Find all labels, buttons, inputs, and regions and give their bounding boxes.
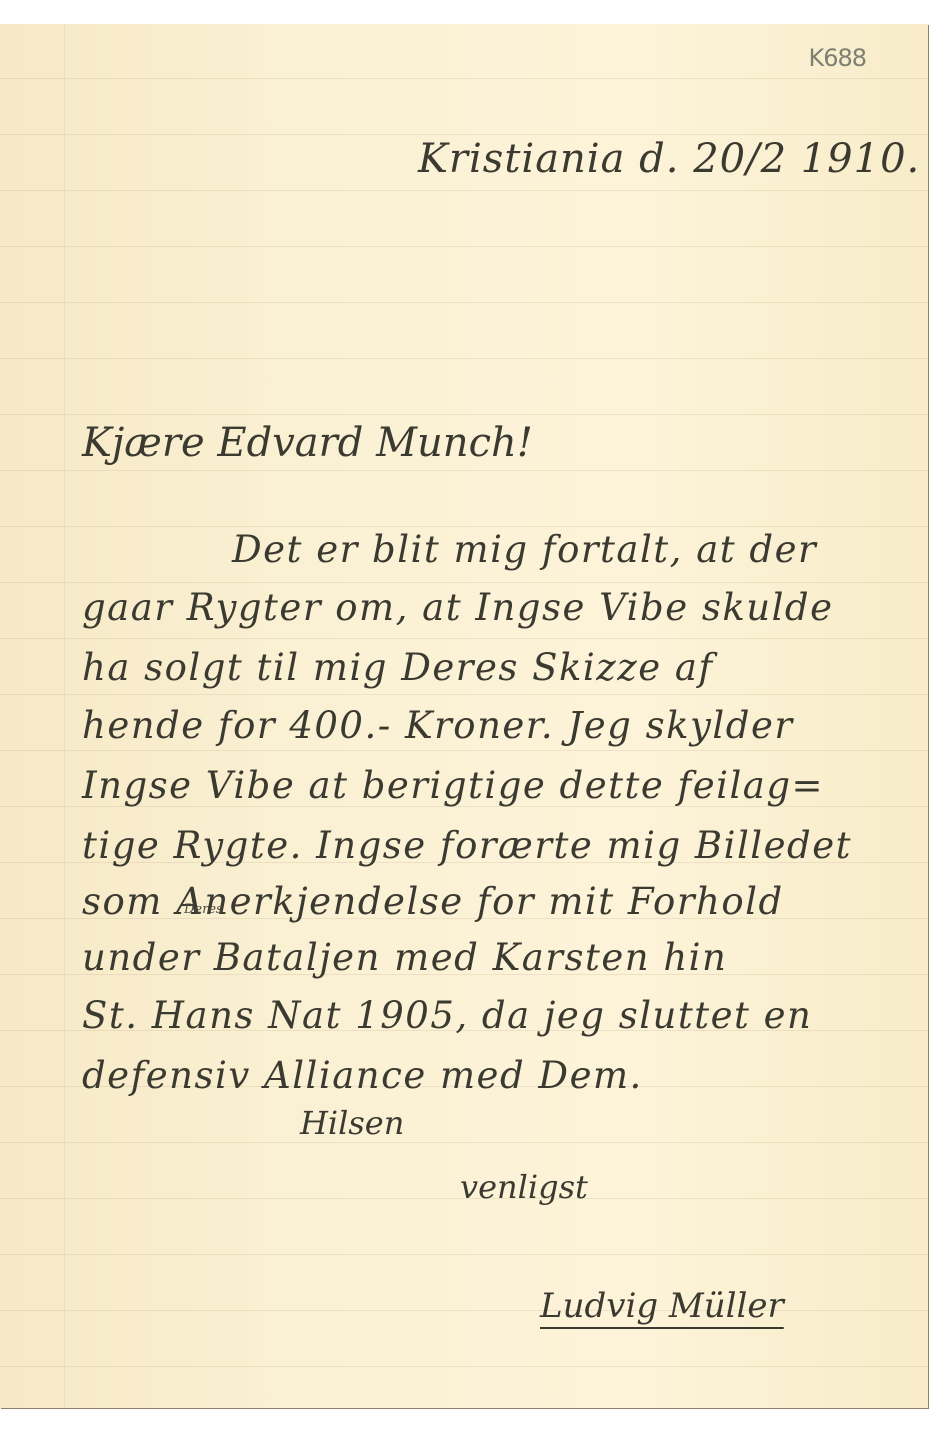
closing-greeting: Hilsen xyxy=(300,1104,404,1142)
signature: Ludvig Müller xyxy=(540,1286,784,1326)
interlinear-insertion: Deres xyxy=(184,902,223,917)
body-line-1: Det er blit mig fortalt, at der xyxy=(232,528,817,571)
archive-number: K688 xyxy=(808,44,866,72)
body-line-6: tige Rygte. Ingse forærte mig Billedet xyxy=(82,824,852,867)
body-line-2: gaar Rygter om, at Ingse Vibe skulde xyxy=(82,586,834,629)
body-line-3: ha solgt til mig Deres Skizze af xyxy=(82,646,714,689)
closing-adverb: venligst xyxy=(460,1168,588,1206)
dateline: Kristiania d. 20/2 1910. xyxy=(418,136,920,182)
body-line-4: hende for 400.- Kroner. Jeg skylder xyxy=(82,704,794,747)
body-line-5: Ingse Vibe at berigtige dette feilag= xyxy=(82,764,824,807)
paper-fold-crease xyxy=(64,24,66,1408)
letter-paper: K688 Kristiania d. 20/2 1910. Kjære Edva… xyxy=(0,24,928,1408)
body-line-10: defensiv Alliance med Dem. xyxy=(82,1054,643,1097)
scanned-letter: K688 Kristiania d. 20/2 1910. Kjære Edva… xyxy=(0,0,950,1433)
body-line-8: under Bataljen med Karsten hin xyxy=(82,936,727,979)
body-line-9: St. Hans Nat 1905, da jeg sluttet en xyxy=(82,994,812,1037)
salutation: Kjære Edvard Munch! xyxy=(82,420,533,466)
